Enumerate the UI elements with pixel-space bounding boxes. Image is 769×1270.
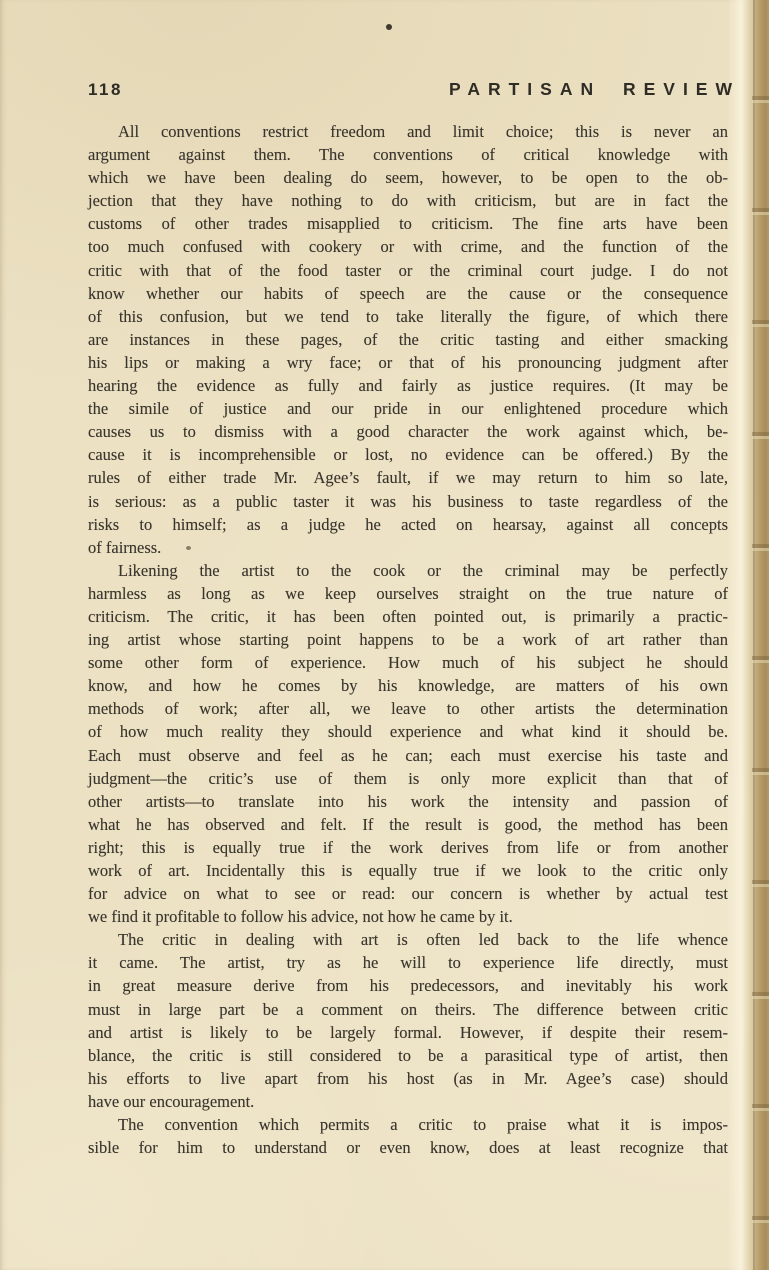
text-line: hearing the evidence as fully and fairly… — [88, 374, 728, 397]
ink-speck — [186, 546, 191, 550]
text-line: what he has observed and felt. If the re… — [88, 813, 728, 836]
text-line: know, and how he comes by his knowledge,… — [88, 674, 728, 697]
text-line: customs of other trades misapplied to cr… — [88, 212, 728, 235]
text-line: jection that they have nothing to do wit… — [88, 189, 728, 212]
text-line: The critic in dealing with art is often … — [88, 928, 728, 951]
text-line: ing artist whose starting point happens … — [88, 628, 728, 651]
text-line: for advice on what to see or read: our c… — [88, 882, 728, 905]
text-line: which we have been dealing do seem, howe… — [88, 166, 728, 189]
text-line: causes us to dismiss with a good charact… — [88, 420, 728, 443]
text-line: criticism. The critic, it has been often… — [88, 605, 728, 628]
text-line: too much confused with cookery or with c… — [88, 235, 728, 258]
text-line: sible for him to understand or even know… — [88, 1136, 728, 1159]
text-line: are instances in these pages, of the cri… — [88, 328, 728, 351]
text-line: Likening the artist to the cook or the c… — [88, 559, 728, 582]
text-line: methods of work; after all, we leave to … — [88, 697, 728, 720]
text-line: and artist is likely to be largely forma… — [88, 1021, 728, 1044]
text-line: his efforts to live apart from his host … — [88, 1067, 728, 1090]
text-line: in great measure derive from his predece… — [88, 974, 728, 997]
text-line: judgment—the critic’s use of them is onl… — [88, 767, 728, 790]
text-line: work of art. Incidentally this is equall… — [88, 859, 728, 882]
text-line: argument against them. The conventions o… — [88, 143, 728, 166]
text-line: know whether our habits of speech are th… — [88, 282, 728, 305]
page-edge-highlight — [727, 0, 755, 1270]
text-line: cause it is incomprehensible or lost, no… — [88, 443, 728, 466]
text-line: have our encouragement. — [88, 1090, 728, 1113]
text-line: of this confusion, but we tend to take l… — [88, 305, 728, 328]
text-line: some other form of experience. How much … — [88, 651, 728, 674]
text-line: the simile of justice and our pride in o… — [88, 397, 728, 420]
text-block: All conventions restrict freedom and lim… — [88, 120, 728, 1159]
text-line: rules of either trade Mr. Agee’s fault, … — [88, 466, 728, 489]
page-header: 118 PARTISAN REVIEW — [88, 79, 732, 100]
text-line: it came. The artist, try as he will to e… — [88, 951, 728, 974]
text-line: The convention which permits a critic to… — [88, 1113, 728, 1136]
text-line: we find it profitable to follow his advi… — [88, 905, 728, 928]
text-line: Each must observe and feel as he can; ea… — [88, 744, 728, 767]
book-edge-ridges — [752, 0, 769, 1270]
journal-title: PARTISAN REVIEW — [449, 79, 740, 100]
text-line: All conventions restrict freedom and lim… — [88, 120, 728, 143]
text-line: risks to himself; as a judge he acted on… — [88, 513, 728, 536]
book-page: 118 PARTISAN REVIEW All conventions rest… — [0, 0, 769, 1270]
text-line: other artists—to translate into his work… — [88, 790, 728, 813]
text-line: critic with that of the food taster or t… — [88, 259, 728, 282]
page-number: 118 — [88, 80, 123, 100]
text-line: blance, the critic is still considered t… — [88, 1044, 728, 1067]
text-line: his lips or making a wry face; or that o… — [88, 351, 728, 374]
text-line: of fairness. — [88, 536, 728, 559]
text-line: harmless as long as we keep ourselves st… — [88, 582, 728, 605]
text-line: must in large part be a comment on their… — [88, 998, 728, 1021]
text-line: right; this is equally true if the work … — [88, 836, 728, 859]
text-line: is serious: as a public taster it was hi… — [88, 490, 728, 513]
ink-speck — [386, 24, 392, 30]
text-line: of how much reality they should experien… — [88, 720, 728, 743]
